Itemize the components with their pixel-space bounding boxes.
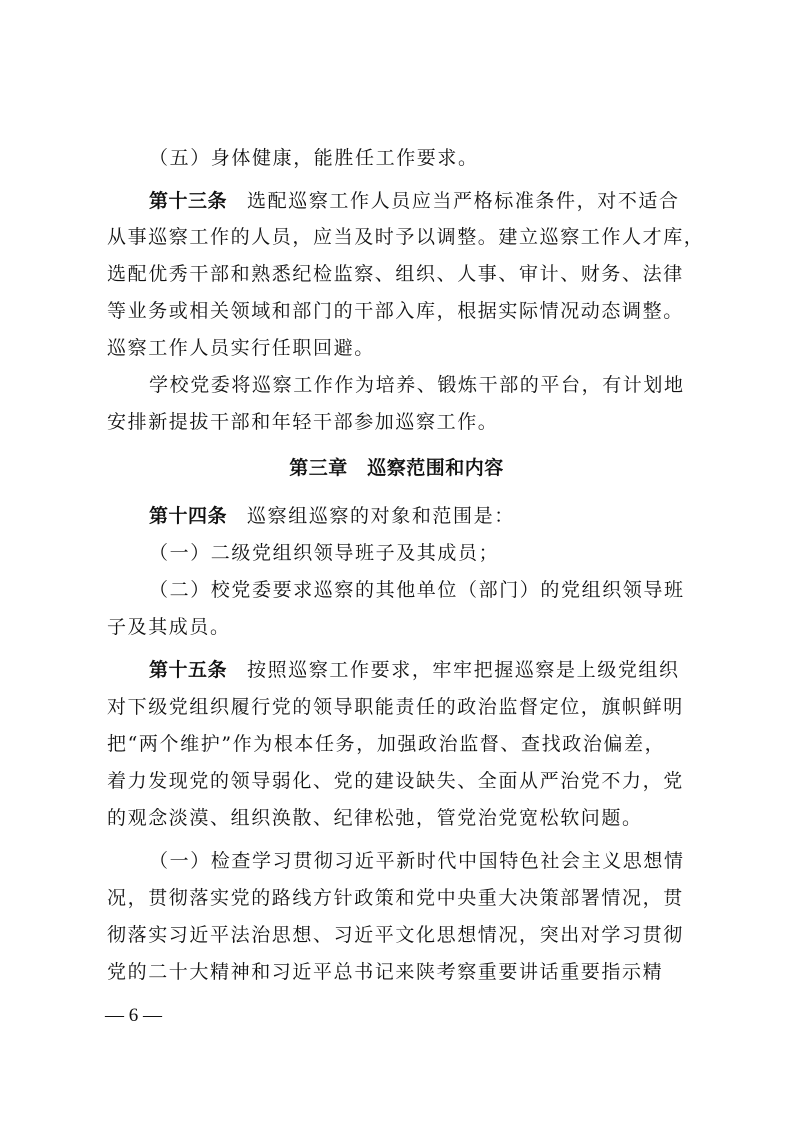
article-heading: 第十四条 <box>149 505 227 527</box>
paragraph-line: （一）二级党组织领导班子及其成员； <box>149 541 739 565</box>
paragraph-line: 学校党委将巡察工作作为培养、锻炼干部的平台，有计划地 <box>149 373 739 397</box>
paragraph-line: 等业务或相关领域和部门的干部入库，根据实际情况动态调整。 <box>107 299 697 323</box>
article-heading: 第十三条 <box>149 190 227 212</box>
paragraph-line: 对下级党组织履行党的领导职能责任的政治监督定位，旗帜鲜明 <box>107 695 697 719</box>
paragraph-line: 况，贯彻落实党的路线方针政策和党中央重大决策部署情况，贯 <box>107 886 697 910</box>
paragraph-line: 子及其成员。 <box>107 615 697 639</box>
article-14-first-line: 第十四条巡察组巡察的对象和范围是： <box>149 504 739 528</box>
paragraph-line: 的观念淡漠、组织涣散、纪律松弛，管党治党宽松软问题。 <box>107 806 697 830</box>
page-number: — 6 — <box>105 1004 162 1028</box>
paragraph-text: 按照巡察工作要求，牢牢把握巡察是上级党组织 <box>247 659 680 681</box>
article-heading: 第十五条 <box>149 659 227 681</box>
paragraph-line: 把“两个维护”作为根本任务，加强政治监督、查找政治偏差， <box>107 732 697 756</box>
paragraph-line: （二）校党委要求巡察的其他单位（部门）的党组织领导班 <box>149 578 739 602</box>
paragraph-text: 巡察组巡察的对象和范围是： <box>247 505 515 527</box>
paragraph-line: 着力发现党的领导弱化、党的建设缺失、全面从严治党不力，党 <box>107 769 697 793</box>
paragraph-line: 党的二十大精神和习近平总书记来陕考察重要讲话重要指示精 <box>107 960 697 984</box>
paragraph-line: （五）身体健康，能胜任工作要求。 <box>149 146 739 170</box>
article-15-first-line: 第十五条按照巡察工作要求，牢牢把握巡察是上级党组织 <box>149 658 739 682</box>
paragraph-line: 选配优秀干部和熟悉纪检监察、组织、人事、审计、财务、法律 <box>107 262 697 286</box>
paragraph-line: （一）检查学习贯彻习近平新时代中国特色社会主义思想情 <box>149 849 739 873</box>
paragraph-line: 巡察工作人员实行任职回避。 <box>107 336 697 360</box>
paragraph-text: 选配巡察工作人员应当严格标准条件，对不适合 <box>247 190 680 212</box>
chapter-title: 第三章 巡察范围和内容 <box>0 456 793 480</box>
paragraph-line: 从事巡察工作的人员，应当及时予以调整。建立巡察工作人才库， <box>107 225 697 249</box>
article-13-first-line: 第十三条选配巡察工作人员应当严格标准条件，对不适合 <box>149 189 739 213</box>
paragraph-line: 安排新提拔干部和年轻干部参加巡察工作。 <box>107 410 697 434</box>
paragraph-line: 彻落实习近平法治思想、习近平文化思想情况，突出对学习贯彻 <box>107 923 697 947</box>
